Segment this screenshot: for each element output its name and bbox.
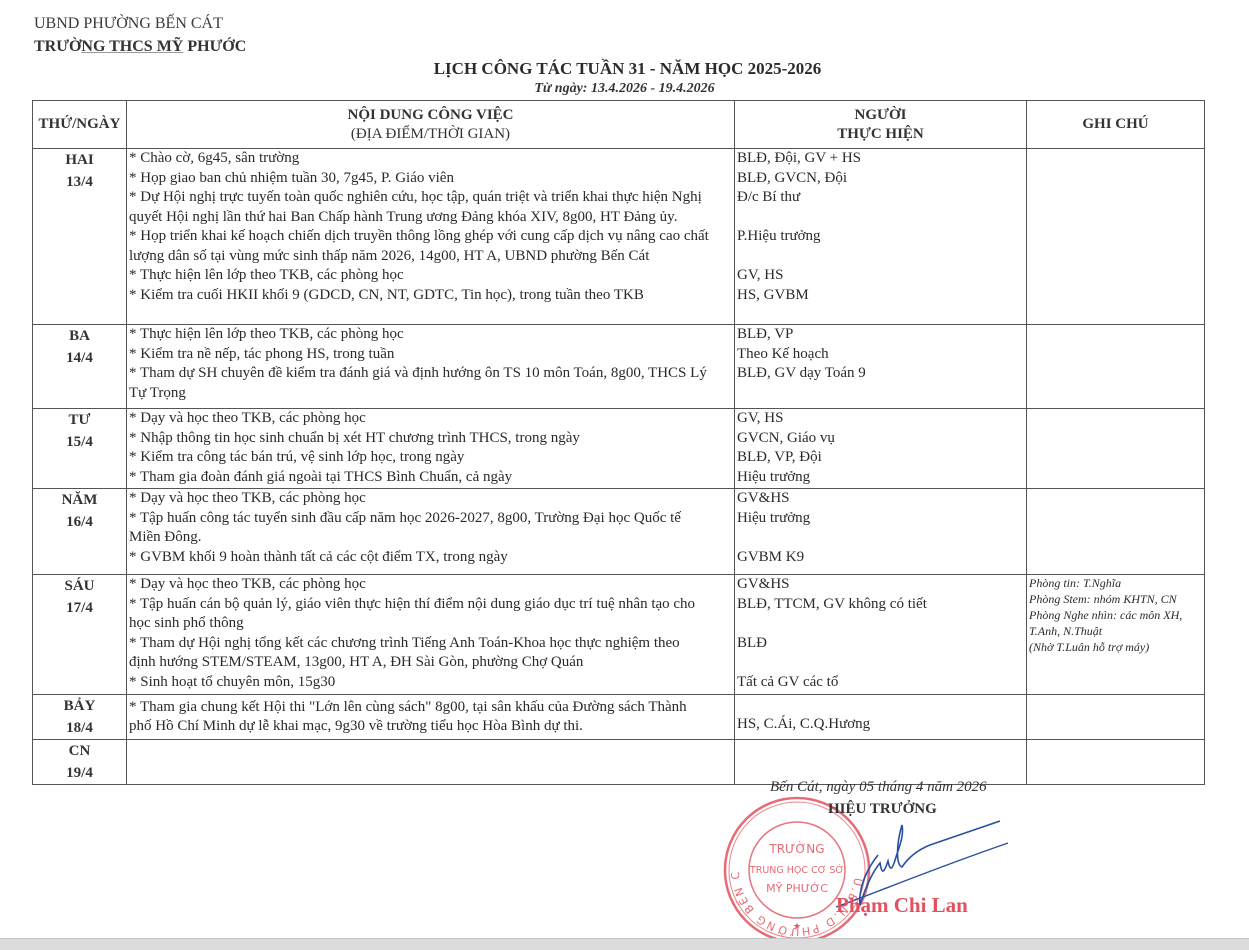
cell-content-line: * Kiểm tra công tác bán trú, vệ sinh lớp… xyxy=(129,448,732,468)
cell-content: * Dạy và học theo TKB, các phòng học* Tậ… xyxy=(127,575,735,695)
cell-note xyxy=(1027,740,1205,785)
cell-people-line: BLĐ xyxy=(737,634,1024,654)
signature-place-date: Bến Cát, ngày 05 tháng 4 năm 2026 xyxy=(770,779,987,796)
cell-content xyxy=(127,740,735,785)
cell-people-line: Theo Kế hoạch xyxy=(737,345,1024,365)
cell-people-line: BLĐ, TTCM, GV không có tiết xyxy=(737,595,1024,615)
cell-people-line: BLĐ, GVCN, Đội xyxy=(737,169,1024,189)
cell-people xyxy=(735,740,1027,785)
cell-note xyxy=(1027,409,1205,489)
cell-day: SÁU17/4 xyxy=(33,575,127,695)
viewer-bottom-bar xyxy=(0,938,1249,950)
header-note: GHI CHÚ xyxy=(1027,101,1205,149)
cell-day: TƯ15/4 xyxy=(33,409,127,489)
cell-people: GV&HSBLĐ, TTCM, GV không có tiếtBLĐTất c… xyxy=(735,575,1027,695)
cell-content-line: * Thực hiện lên lớp theo TKB, các phòng … xyxy=(129,266,732,286)
cell-note-line: Phòng Nghe nhìn: các môn XH, xyxy=(1029,607,1202,623)
date-range: Từ ngày: 13.4.2026 - 19.4.2026 xyxy=(0,81,1249,97)
header-content-title: NỘI DUNG CÔNG VIỆC xyxy=(129,106,732,125)
table-row: NĂM16/4* Dạy và học theo TKB, các phòng … xyxy=(33,489,1205,575)
cell-content-line: * Sinh hoạt tổ chuyên môn, 15g30 xyxy=(129,673,732,693)
cell-day: HAI13/4 xyxy=(33,149,127,325)
cell-content-line: * Chào cờ, 6g45, sân trường xyxy=(129,149,732,169)
table-header-row: THỨ/NGÀY NỘI DUNG CÔNG VIỆC (ĐỊA ĐIỂM/TH… xyxy=(33,101,1205,149)
table-row: BA14/4* Thực hiện lên lớp theo TKB, các … xyxy=(33,325,1205,409)
header-content-subtitle: (ĐỊA ĐIỂM/THỜI GIAN) xyxy=(129,125,732,144)
cell-content-line: * Dạy và học theo TKB, các phòng học xyxy=(129,409,732,429)
cell-content-line: Miền Đông. xyxy=(129,528,732,548)
table-row: HAI13/4* Chào cờ, 6g45, sân trường* Họp … xyxy=(33,149,1205,325)
day-name: HAI xyxy=(35,149,124,171)
header-day: THỨ/NGÀY xyxy=(33,101,127,149)
cell-content-line: lượng dân số tại vùng mức sinh thấp năm … xyxy=(129,247,732,267)
cell-people-line: GV, HS xyxy=(737,409,1024,429)
cell-people-line xyxy=(737,653,1024,673)
day-name: BA xyxy=(35,325,124,347)
cell-note xyxy=(1027,149,1205,325)
cell-people-line: BLĐ, VP xyxy=(737,325,1024,345)
day-name: CN xyxy=(35,740,124,762)
cell-people-line: GVBM K9 xyxy=(737,548,1024,568)
cell-content-line: * Họp giao ban chủ nhiệm tuần 30, 7g45, … xyxy=(129,169,732,189)
cell-content-line: * Dạy và học theo TKB, các phòng học xyxy=(129,575,732,595)
cell-content-line: * Dạy và học theo TKB, các phòng học xyxy=(129,489,732,509)
cell-content: * Chào cờ, 6g45, sân trường* Họp giao ba… xyxy=(127,149,735,325)
cell-content: * Thực hiện lên lớp theo TKB, các phòng … xyxy=(127,325,735,409)
cell-content-line: * Tập huấn cán bộ quản lý, giáo viên thự… xyxy=(129,595,732,615)
org-school: TRƯỜNG THCS MỸ PHƯỚC xyxy=(34,38,246,56)
header-people: NGƯỜI THỰC HIỆN xyxy=(735,101,1027,149)
cell-people-line xyxy=(737,247,1024,267)
cell-content: * Dạy và học theo TKB, các phòng học* Nh… xyxy=(127,409,735,489)
cell-people-line: Đ/c Bí thư xyxy=(737,188,1024,208)
header-content: NỘI DUNG CÔNG VIỆC (ĐỊA ĐIỂM/THỜI GIAN) xyxy=(127,101,735,149)
cell-people-line xyxy=(737,614,1024,634)
signature-name: Phạm Chi Lan xyxy=(836,893,968,918)
cell-people-line: BLĐ, GV dạy Toán 9 xyxy=(737,364,1024,384)
day-date: 16/4 xyxy=(35,511,124,533)
cell-people-line: HS, GVBM xyxy=(737,286,1024,306)
cell-content-line: phố Hồ Chí Minh dự lễ khai mạc, 9g30 về … xyxy=(129,717,732,737)
cell-content-line: * Kiểm tra nề nếp, tác phong HS, trong t… xyxy=(129,345,732,365)
cell-people-line: HS, C.Ái, C.Q.Hương xyxy=(737,715,1024,735)
cell-content-line: * Dự Hội nghị trực tuyến toàn quốc nghiê… xyxy=(129,188,732,208)
cell-people: GV&HSHiệu trưởngGVBM K9 xyxy=(735,489,1027,575)
cell-content-line: * Tập huấn công tác tuyển sinh đầu cấp n… xyxy=(129,509,732,529)
cell-people-line xyxy=(737,695,1024,715)
cell-people-line: Hiệu trưởng xyxy=(737,468,1024,488)
cell-people: HS, C.Ái, C.Q.Hương xyxy=(735,695,1027,740)
cell-people: BLĐ, VPTheo Kế hoạchBLĐ, GV dạy Toán 9 xyxy=(735,325,1027,409)
svg-text:MỸ PHƯỚC: MỸ PHƯỚC xyxy=(766,882,828,895)
header-people-line2: THỰC HIỆN xyxy=(737,125,1024,144)
day-name: NĂM xyxy=(35,489,124,511)
cell-people-line: Hiệu trưởng xyxy=(737,509,1024,529)
cell-note xyxy=(1027,695,1205,740)
cell-content-line: * Tham dự Hội nghị tổng kết các chương t… xyxy=(129,634,732,654)
cell-people-line: BLĐ, Đội, GV + HS xyxy=(737,149,1024,169)
cell-day: BA14/4 xyxy=(33,325,127,409)
cell-people-line: GV&HS xyxy=(737,489,1024,509)
cell-note-line: T.Anh, N.Thuật xyxy=(1029,623,1202,639)
table-row: TƯ15/4* Dạy và học theo TKB, các phòng h… xyxy=(33,409,1205,489)
day-name: BẢY xyxy=(35,695,124,717)
cell-people: BLĐ, Đội, GV + HSBLĐ, GVCN, ĐộiĐ/c Bí th… xyxy=(735,149,1027,325)
day-name: SÁU xyxy=(35,575,124,597)
cell-day: NĂM16/4 xyxy=(33,489,127,575)
cell-content-line: * Tham gia đoàn đánh giá ngoài tại THCS … xyxy=(129,468,732,488)
org-school-part: PHƯỚC xyxy=(183,38,246,55)
cell-people-line xyxy=(737,208,1024,228)
cell-content-line: quyết Hội nghị lần thứ hai Ban Chấp hành… xyxy=(129,208,732,228)
cell-people: GV, HSGVCN, Giáo vụBLĐ, VP, ĐộiHiệu trưở… xyxy=(735,409,1027,489)
cell-content-line: * Họp triển khai kế hoạch chiến dịch tru… xyxy=(129,227,732,247)
cell-note-line: Phòng tin: T.Nghĩa xyxy=(1029,575,1202,591)
cell-note xyxy=(1027,489,1205,575)
cell-note: Phòng tin: T.NghĩaPhòng Stem: nhóm KHTN,… xyxy=(1027,575,1205,695)
cell-content-line: * Kiểm tra cuối HKII khối 9 (GDCD, CN, N… xyxy=(129,286,732,306)
org-parent: UBND PHƯỜNG BẾN CÁT xyxy=(34,15,223,33)
cell-note-line: (Nhờ T.Luân hỗ trợ máy) xyxy=(1029,639,1202,655)
cell-content-line: định hướng STEM/STEAM, 13g00, HT A, ĐH S… xyxy=(129,653,732,673)
day-date: 15/4 xyxy=(35,431,124,453)
svg-text:TRƯỜNG: TRƯỜNG xyxy=(768,841,824,856)
cell-people-line: Tất cả GV các tổ xyxy=(737,673,1024,693)
cell-people-line: GVCN, Giáo vụ xyxy=(737,429,1024,449)
cell-content-line: * Tham gia chung kết Hội thi "Lớn lên cù… xyxy=(129,698,732,718)
cell-people-line: P.Hiệu trưởng xyxy=(737,227,1024,247)
cell-content-line: học sinh phổ thông xyxy=(129,614,732,634)
cell-content-line: * Tham dự SH chuyên đề kiểm tra đánh giá… xyxy=(129,364,732,384)
cell-content-line: * Thực hiện lên lớp theo TKB, các phòng … xyxy=(129,325,732,345)
day-date: 18/4 xyxy=(35,717,124,739)
cell-people-line: BLĐ, VP, Đội xyxy=(737,448,1024,468)
cell-content-line: * GVBM khối 9 hoàn thành tất cả các cột … xyxy=(129,548,732,568)
document-title: LỊCH CÔNG TÁC TUẦN 31 - NĂM HỌC 2025-202… xyxy=(0,59,1249,79)
day-date: 14/4 xyxy=(35,347,124,369)
day-name: TƯ xyxy=(35,409,124,431)
org-school-part: NG THCS MỸ xyxy=(81,38,183,55)
day-date: 19/4 xyxy=(35,762,124,784)
cell-day: BẢY18/4 xyxy=(33,695,127,740)
day-date: 13/4 xyxy=(35,171,124,193)
cell-day: CN19/4 xyxy=(33,740,127,785)
schedule-table: THỨ/NGÀY NỘI DUNG CÔNG VIỆC (ĐỊA ĐIỂM/TH… xyxy=(32,100,1205,785)
cell-people-line xyxy=(737,528,1024,548)
header-people-line1: NGƯỜI xyxy=(737,106,1024,125)
svg-text:★: ★ xyxy=(793,921,801,931)
cell-content: * Dạy và học theo TKB, các phòng học* Tậ… xyxy=(127,489,735,575)
cell-people-line: GV, HS xyxy=(737,266,1024,286)
cell-content-line: Tự Trọng xyxy=(129,384,732,404)
day-date: 17/4 xyxy=(35,597,124,619)
cell-people-line: GV&HS xyxy=(737,575,1024,595)
cell-content-line: * Nhập thông tin học sinh chuẩn bị xét H… xyxy=(129,429,732,449)
table-row: BẢY18/4* Tham gia chung kết Hội thi "Lớn… xyxy=(33,695,1205,740)
cell-content: * Tham gia chung kết Hội thi "Lớn lên cù… xyxy=(127,695,735,740)
cell-note-line: Phòng Stem: nhóm KHTN, CN xyxy=(1029,591,1202,607)
org-school-part: TRƯỜ xyxy=(34,38,81,55)
cell-note xyxy=(1027,325,1205,409)
table-row: SÁU17/4* Dạy và học theo TKB, các phòng … xyxy=(33,575,1205,695)
table-row: CN19/4 xyxy=(33,740,1205,785)
